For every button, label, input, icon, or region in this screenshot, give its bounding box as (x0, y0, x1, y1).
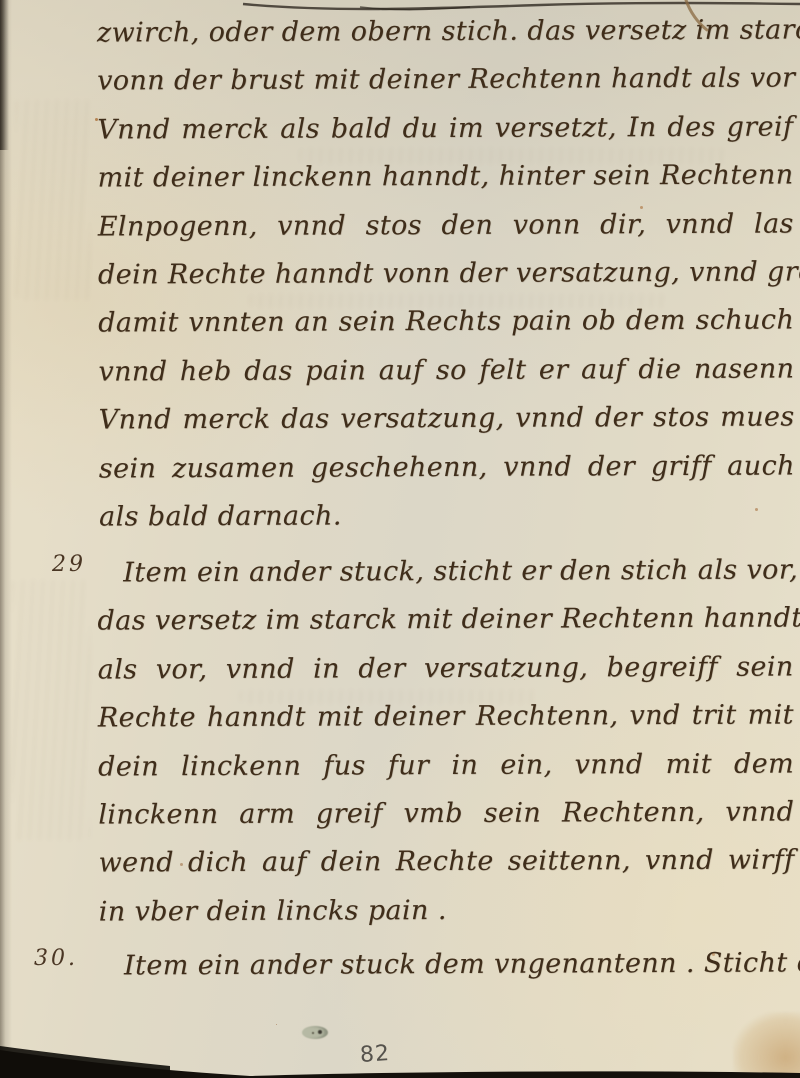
text-line: zwirch, oder dem obern stich. das verset… (97, 6, 793, 57)
text-line: sein zusamen geschehenn, vnnd der griff … (99, 442, 795, 493)
text-line: als vor, vnnd in der versatzung, begreif… (98, 643, 794, 694)
paragraph-continuation: zwirch, oder dem obern stich. das verset… (97, 6, 795, 541)
folio-page-number: 82 (359, 1041, 391, 1068)
text-line: das versetz im starck mit deiner Rechten… (97, 595, 793, 646)
text-line: Vnnd merck das versatzung, vnnd der stos… (99, 394, 795, 445)
text-line: in vber dein lincks pain . (99, 885, 795, 936)
ink-smudge (302, 1026, 328, 1039)
text-line: vonn der brust mit deiner Rechtenn handt… (97, 55, 793, 106)
text-line: Elnpogenn, vnnd stos den vonn dir, vnnd … (98, 200, 794, 251)
binding-shadow-corner (0, 0, 9, 150)
text-line: vnnd heb das pain auf so felt er auf die… (98, 345, 794, 396)
bleedthrough-ghost (16, 100, 90, 300)
bleedthrough-ghost (12, 580, 90, 840)
manuscript-page: zwirch, oder dem obern stich. das verset… (0, 0, 800, 1078)
text-line: Item ein ander stuck, sticht er den stic… (97, 546, 793, 597)
text-line: Item ein ander stuck dem vngenantenn . S… (98, 939, 794, 990)
margin-number-30: 30. (34, 946, 78, 971)
margin-number-29: 29 (52, 552, 86, 577)
paragraph-29: Item ein ander stuck, sticht er den stic… (97, 546, 795, 936)
text-line: mit deiner linckenn hanndt, hinter sein … (97, 152, 793, 203)
paper-stain (733, 1012, 800, 1078)
paper-specks (95, 118, 98, 121)
text-line: linckenn arm greif vmb sein Rechtenn, vn… (98, 788, 794, 839)
text-line: damit vnnten an sein Rechts pain ob dem … (98, 297, 794, 348)
text-line: dein linckenn fus fur in ein, vnnd mit d… (98, 740, 794, 791)
text-line: Rechte hanndt mit deiner Rechtenn, vnd t… (98, 692, 794, 743)
text-line: Vnnd merck als bald du im versetzt, In d… (97, 103, 793, 154)
paragraph-30: Item ein ander stuck dem vngenantenn . S… (98, 939, 794, 990)
text-line: wend dich auf dein Rechte seittenn, vnnd… (98, 837, 794, 888)
binding-shadow-left-edge (0, 0, 12, 1078)
text-line: als bald darnach. (99, 490, 795, 541)
text-line: dein Rechte hanndt vonn der versatzung, … (98, 248, 794, 299)
